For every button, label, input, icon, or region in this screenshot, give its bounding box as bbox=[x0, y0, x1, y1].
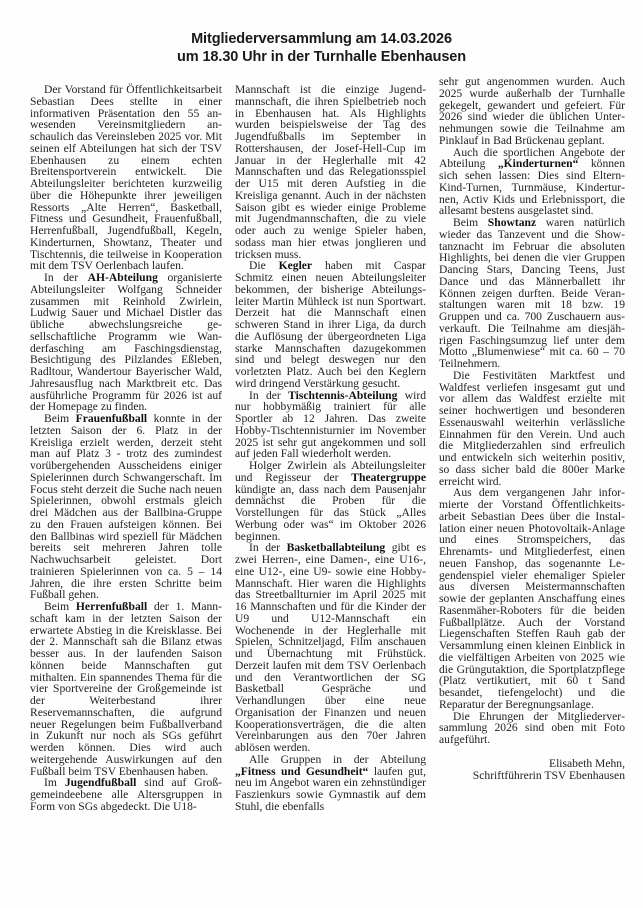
signature-role: Schriftführerin TSV Ebenhausen bbox=[439, 770, 625, 782]
paragraph-herrenfussball: Beim Herrenfußball der 1. Mann­schaft ka… bbox=[30, 601, 222, 777]
paragraph-text: der 1. Mann­schaft kam in der letzten Sa… bbox=[30, 600, 222, 778]
paragraph-text: gibt es zwei Herren-, eine Damen-, eine … bbox=[235, 541, 426, 754]
column-3: sehr gut angenommen wurden. Auch 2025 wu… bbox=[439, 76, 625, 781]
paragraph-text: kündigte an, dass nach dem Pausenjahr de… bbox=[235, 483, 426, 543]
paragraph-ehrungen: Die Ehrungen der Mitgliederver­sammlung … bbox=[439, 711, 625, 746]
paragraph-ah-abteilung: In der AH-Abteilung organisierte Abteilu… bbox=[30, 272, 222, 413]
paragraph-vorstand-bericht: Aus dem vergangenen Jahr infor­mierte de… bbox=[439, 487, 625, 710]
paragraph-text: organisierte Abteilungsleiter Wolfgang S… bbox=[30, 271, 222, 413]
paragraph-text: Die Ehrungen der Mitgliederver­sammlung … bbox=[439, 710, 625, 747]
paragraph-fitness: Alle Gruppen in der Abteilung „Fitness u… bbox=[235, 754, 426, 813]
title-line-1: Mitgliederversammlung am 14.03.2026 bbox=[0, 30, 643, 48]
column-1: Der Vorstand für Öffentlichkeits­arbeit … bbox=[30, 84, 222, 813]
signature-name: Elisabeth Mehn, bbox=[439, 758, 625, 770]
paragraph-text: waren natürlich wieder das Tanzevent und… bbox=[439, 216, 625, 370]
paragraph-kinderturnen: Auch die sportlichen Angebote der Abteil… bbox=[439, 147, 625, 218]
paragraph-showtanz: Beim Showtanz waren natürlich wieder das… bbox=[439, 217, 625, 370]
paragraph-text: Mannschaft ist die einzige Jugend­mannsc… bbox=[235, 83, 426, 261]
paragraph-kegler: Die Kegler haben mit Caspar Schmitz eine… bbox=[235, 260, 426, 389]
paragraph-text: Der Vorstand für Öffentlichkeits­arbeit … bbox=[30, 83, 222, 272]
paragraph-text: konnte in der letzten Saison der 6. Plat… bbox=[30, 412, 222, 601]
paragraph-text: Die Festivitäten Marktfest und Waldfest … bbox=[439, 369, 625, 488]
paragraph-festivitaeten: Die Festivitäten Marktfest und Waldfest … bbox=[439, 370, 625, 488]
paragraph-theater: Holger Zwirlein als Abteilungslei­ter un… bbox=[235, 460, 426, 542]
column-2: Mannschaft ist die einzige Jugend­mannsc… bbox=[235, 84, 426, 813]
paragraph-fitness-cont: sehr gut angenommen wurden. Auch 2025 wu… bbox=[439, 76, 625, 147]
paragraph-text: haben mit Caspar Schmitz einen neuen Abt… bbox=[235, 259, 426, 390]
paragraph-jugendfussball-cont: Mannschaft ist die einzige Jugend­mannsc… bbox=[235, 84, 426, 260]
paragraph-text: sehr gut angenommen wurden. Auch 2025 wu… bbox=[439, 75, 625, 147]
paragraph-frauenfussball: Beim Frauenfußball konnte in der letzten… bbox=[30, 413, 222, 601]
paragraph-intro: Der Vorstand für Öffentlichkeits­arbeit … bbox=[30, 84, 222, 272]
paragraph-text: Aus dem vergangenen Jahr infor­mierte de… bbox=[439, 486, 625, 711]
title-line-2: um 18.30 Uhr in der Turnhalle Ebenhausen bbox=[0, 48, 643, 66]
paragraph-jugendfussball: Im Jugendfußball sind auf Groß­gemeindee… bbox=[30, 777, 222, 812]
article-columns: Der Vorstand für Öffentlichkeits­arbeit … bbox=[30, 84, 624, 894]
signature: Elisabeth Mehn, Schriftführerin TSV Eben… bbox=[439, 758, 625, 782]
document-page: Mitgliederversammlung am 14.03.2026 um 1… bbox=[0, 0, 643, 908]
paragraph-tischtennis: In der Tischtennis-Abteilung wird nur ho… bbox=[235, 390, 426, 461]
page-title: Mitgliederversammlung am 14.03.2026 um 1… bbox=[0, 30, 643, 66]
paragraph-basketball: In der Basketballabteilung gibt es zwei … bbox=[235, 542, 426, 754]
